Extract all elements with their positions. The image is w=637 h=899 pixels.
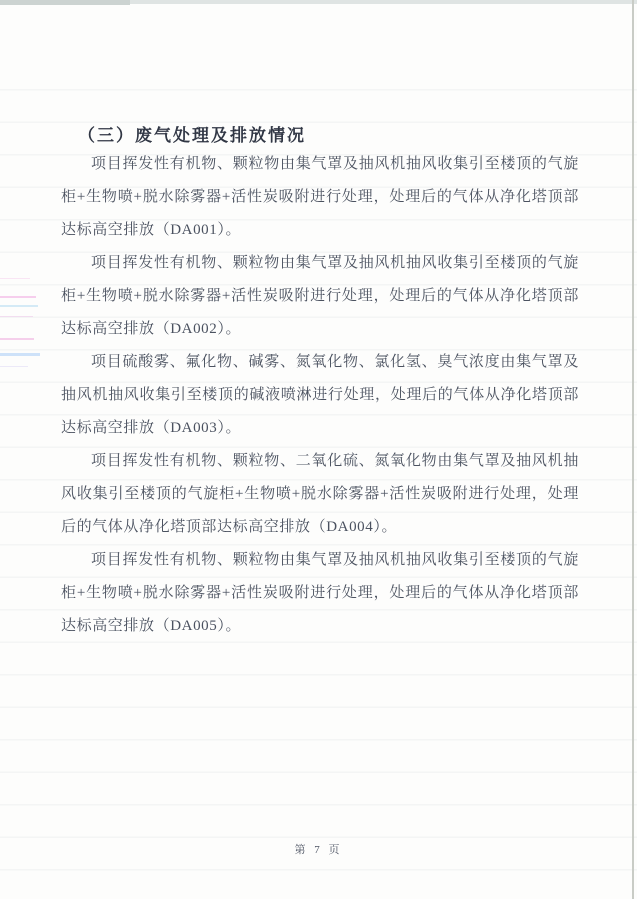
scan-artifact [0, 316, 33, 317]
scan-artifact [0, 305, 38, 307]
paragraph-da001: 项目挥发性有机物、颗粒物由集气罩及抽风机抽风收集引至楼顶的气旋柜+生物喷+脱水除… [61, 148, 579, 247]
paragraph-da005: 项目挥发性有机物、颗粒物由集气罩及抽风机抽风收集引至楼顶的气旋柜+生物喷+脱水除… [61, 544, 579, 643]
scan-artifact [0, 278, 30, 279]
paragraph-da003: 项目硫酸雾、氟化物、碱雾、氮氧化物、氯化氢、臭气浓度由集气罩及抽风机抽风收集引至… [61, 346, 579, 445]
scan-artifact [0, 353, 40, 356]
paragraph-da004: 项目挥发性有机物、颗粒物、二氧化硫、氮氧化物由集气罩及抽风机抽风收集引至楼顶的气… [61, 445, 579, 544]
scanned-document-page: （三）废气处理及排放情况 项目挥发性有机物、颗粒物由集气罩及抽风机抽风收集引至楼… [0, 0, 637, 899]
paragraph-da002: 项目挥发性有机物、颗粒物由集气罩及抽风机抽风收集引至楼顶的气旋柜+生物喷+脱水除… [61, 247, 579, 346]
section-heading: （三）废气处理及排放情况 [78, 121, 306, 146]
page-number: 第 7 页 [0, 841, 637, 857]
scan-artifact [0, 296, 36, 298]
scan-top-edge-dark-segment [0, 0, 130, 5]
scan-right-edge-line [632, 0, 634, 899]
scan-artifact [0, 338, 34, 340]
scan-artifact [0, 366, 28, 367]
body-text: 项目挥发性有机物、颗粒物由集气罩及抽风机抽风收集引至楼顶的气旋柜+生物喷+脱水除… [61, 148, 579, 643]
